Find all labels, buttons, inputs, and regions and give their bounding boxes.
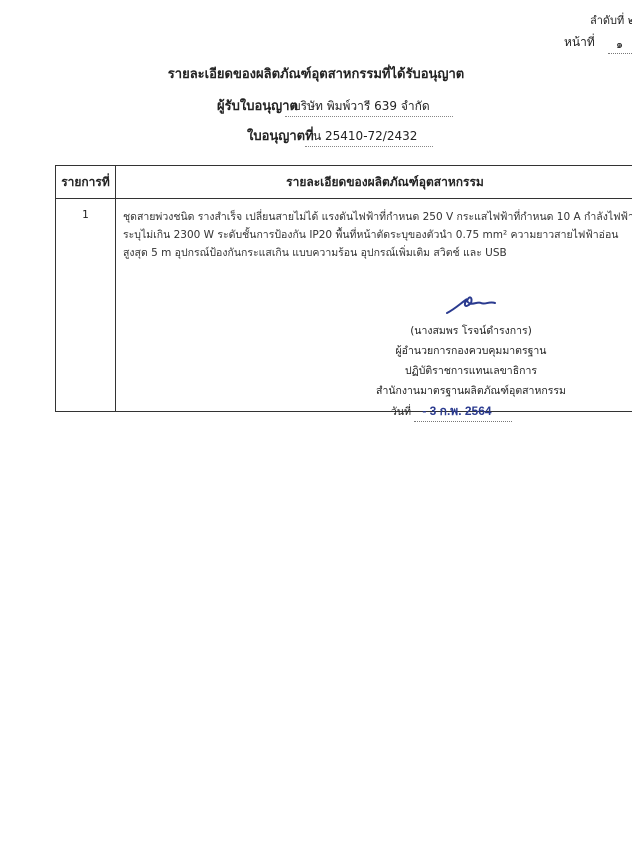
signatory-office: สำนักงานมาตรฐานผลิตภัณฑ์อุตสาหกรรม bbox=[341, 381, 601, 401]
product-detail-table: รายการที่ รายละเอียดของผลิตภัณฑ์อุตสาหกร… bbox=[55, 165, 632, 412]
page-number-value: ๑ bbox=[608, 35, 632, 54]
item-description: ชุดสายพ่วงชนิด รางสำเร็จ เปลี่ยนสายไม่ได… bbox=[123, 208, 632, 262]
date-value: - 3 ก.พ. 2564 bbox=[414, 401, 512, 422]
table-row: 1 ชุดสายพ่วงชนิด รางสำเร็จ เปลี่ยนสายไม่… bbox=[56, 199, 632, 412]
document-title: รายละเอียดของผลิตภัณฑ์อุตสาหกรรมที่ได้รั… bbox=[0, 63, 632, 84]
signatory-position: ผู้อำนวยการกองควบคุมมาตรฐาน bbox=[341, 341, 601, 361]
date-label: วันที่ bbox=[391, 406, 411, 418]
signatory-name: (นางสมพร โรจน์ดำรงการ) bbox=[341, 321, 601, 341]
signature-icon bbox=[341, 289, 601, 321]
license-number-value: น 25410-72/2432 bbox=[305, 127, 433, 147]
item-description-cell: ชุดสายพ่วงชนิด รางสำเร็จ เปลี่ยนสายไม่ได… bbox=[116, 199, 632, 412]
license-number-label: ใบอนุญาตที่ bbox=[247, 125, 314, 146]
column-header-item-no: รายการที่ bbox=[56, 166, 116, 199]
sequence-number: ลำดับที่ ๒ bbox=[590, 11, 632, 29]
signatory-acting: ปฏิบัติราชการแทนเลขาธิการ bbox=[341, 361, 601, 381]
signature-date-line: วันที่ - 3 ก.พ. 2564 bbox=[341, 401, 601, 422]
license-holder-value: บริษัท พิมพ์วารี 639 จำกัด bbox=[285, 97, 453, 117]
table-header-row: รายการที่ รายละเอียดของผลิตภัณฑ์อุตสาหกร… bbox=[56, 166, 632, 199]
page-number-label: หน้าที่ bbox=[564, 33, 595, 52]
signature-block: (นางสมพร โรจน์ดำรงการ) ผู้อำนวยการกองควบ… bbox=[341, 289, 601, 422]
item-number: 1 bbox=[56, 199, 116, 412]
column-header-description: รายละเอียดของผลิตภัณฑ์อุตสาหกรรม bbox=[116, 166, 632, 199]
